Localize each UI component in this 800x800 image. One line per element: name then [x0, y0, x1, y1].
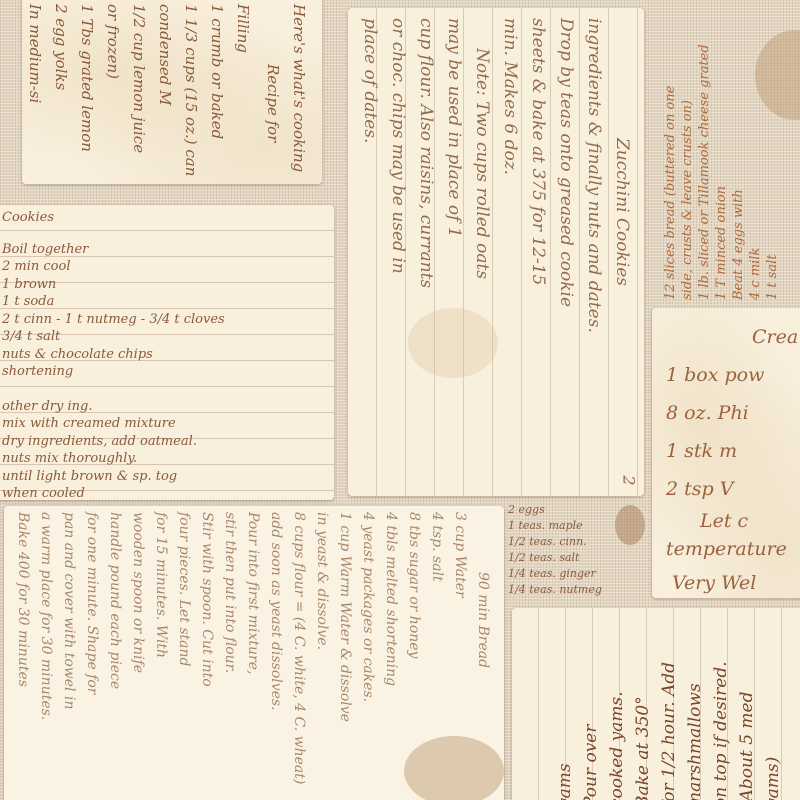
recipe-card-bread: 90 min Bread 3 cup Water 4 tsp. salt 8 t…	[4, 506, 504, 800]
recipe-card-oatmeal-cookies-text: Cookies Boil together 2 min cool 1 brown…	[2, 209, 225, 500]
recipe-card-key-lime: Here's what's cooking Recipe for Filling…	[22, 0, 322, 184]
recipe-card-zucchini-cookies: Zucchini Cookies ingredients & finally n…	[348, 8, 644, 496]
page-number: 2	[619, 475, 638, 485]
recipe-card-yams-text: yams Pour over cooked yams. Bake at 350°…	[552, 661, 786, 800]
recipe-card-zucchini-cookies-text: Zucchini Cookies ingredients & finally n…	[356, 108, 636, 333]
stain	[408, 308, 498, 378]
recipe-card-oatmeal-cookies: Cookies Boil together 2 min cool 1 brown…	[0, 205, 334, 500]
recipe-card-key-lime-text: Here's what's cooking Recipe for Filling…	[22, 4, 312, 176]
recipe-card-cream-cheese: Crea 1 box pow 8 oz. Phi 1 stk m 2 tsp V…	[652, 308, 800, 598]
coffee-stain	[615, 505, 645, 545]
spice-list: 2 eggs 1 teas. maple 1/2 teas. cinn. 1/2…	[508, 502, 602, 598]
recipe-card-yams: yams Pour over cooked yams. Bake at 350°…	[512, 608, 800, 800]
coffee-stain	[404, 736, 504, 800]
recipe-card-cream-cheese-text: Crea 1 box pow 8 oz. Phi 1 stk m 2 tsp V…	[666, 318, 798, 598]
